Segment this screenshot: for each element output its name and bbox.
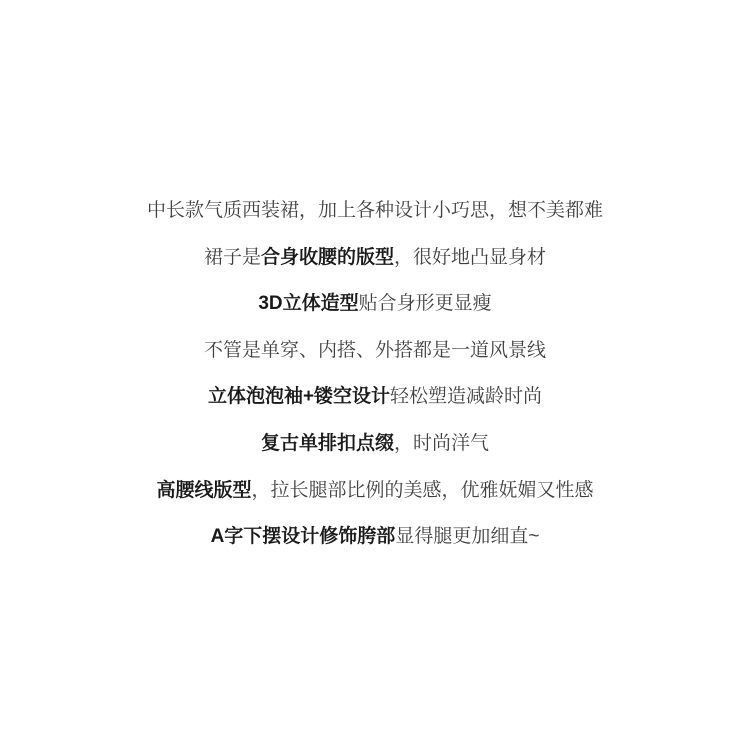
description-line: 高腰线版型，拉长腿部比例的美感，优雅妩媚又性感 [0,468,750,515]
description-segment: 裙子是 [204,247,261,268]
description-segment: 显得腿更加细直~ [395,526,539,547]
description-segment-bold: 高腰线版型 [156,480,251,501]
description-segment: ，拉长腿部比例的美感，优雅妩媚又性感 [252,480,594,501]
description-segment-bold: 复古单排扣点缀 [261,433,394,454]
description-line: 立体泡泡袖+镂空设计轻松塑造减龄时尚 [0,374,750,421]
description-line: 中长款气质西装裙，加上各种设计小巧思，想不美都难 [0,188,750,235]
description-segment: 不管是单穿、内搭、外搭都是一道风景线 [204,340,546,361]
description-segment-bold: A字下摆设计修饰胯部 [211,526,396,547]
description-line: 复古单排扣点缀，时尚洋气 [0,421,750,468]
description-segment: ，时尚洋气 [394,433,489,454]
description-line: 3D立体造型贴合身形更显瘦 [0,281,750,328]
description-segment-bold: 立体泡泡袖+镂空设计 [208,386,390,407]
description-segment-bold: 合身收腰的版型 [261,247,394,268]
description-line: 裙子是合身收腰的版型，很好地凸显身材 [0,235,750,282]
description-line: 不管是单穿、内搭、外搭都是一道风景线 [0,328,750,375]
description-line: A字下摆设计修饰胯部显得腿更加细直~ [0,514,750,561]
product-description: 中长款气质西装裙，加上各种设计小巧思，想不美都难裙子是合身收腰的版型，很好地凸显… [0,188,750,561]
description-segment-bold: 3D立体造型 [258,293,358,314]
description-segment: ，很好地凸显身材 [394,247,546,268]
description-segment: 中长款气质西装裙，加上各种设计小巧思，想不美都难 [147,200,603,221]
description-segment: 贴合身形更显瘦 [359,293,492,314]
description-segment: 轻松塑造减龄时尚 [390,386,542,407]
